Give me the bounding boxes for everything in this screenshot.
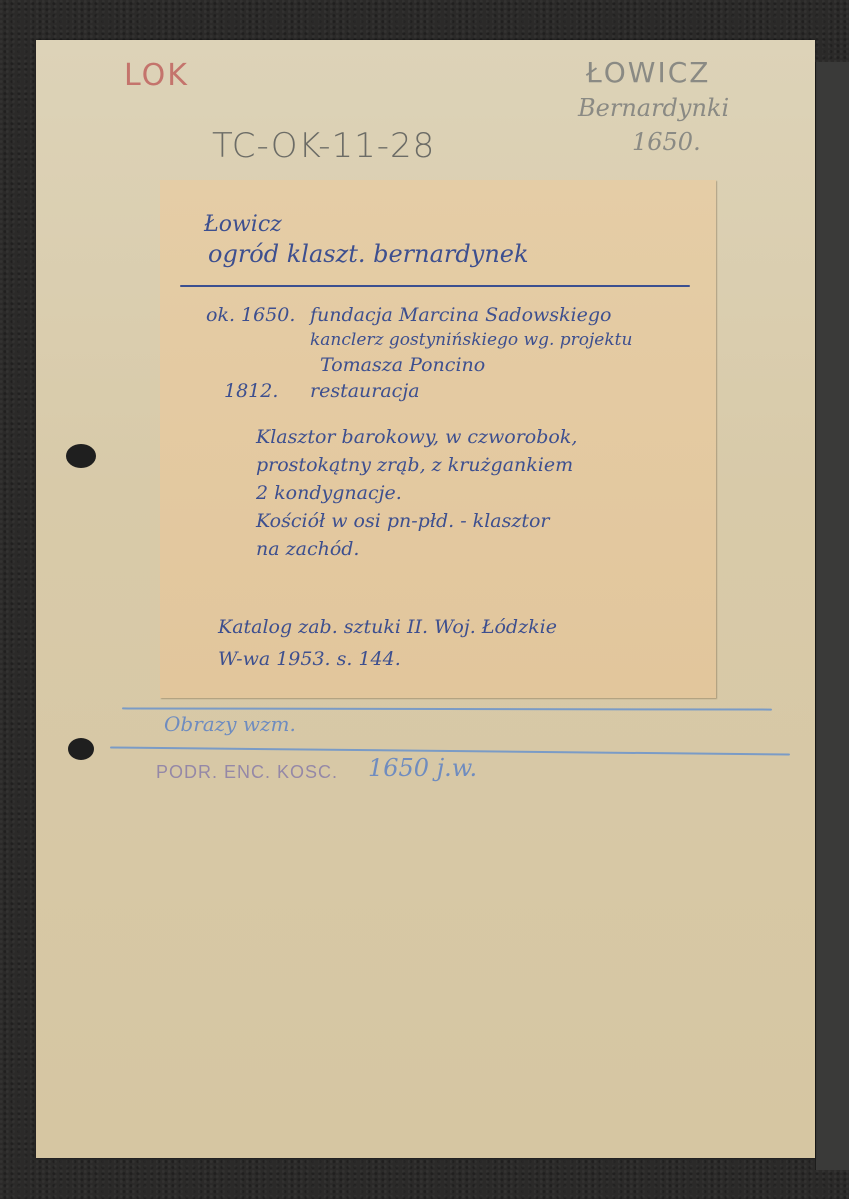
- description-line: prostokątny zrąb, z krużgankiem: [256, 454, 573, 476]
- background-strip: [815, 62, 849, 1170]
- location-city: ŁOWICZ: [586, 56, 710, 89]
- catalog-card: LOK TC-OK-11-28 ŁOWICZ Bernardynki 1650.…: [36, 40, 815, 1158]
- history-date: 1812.: [224, 380, 278, 402]
- rubber-stamp: PODR. ENC. KOSC.: [156, 762, 338, 783]
- history-text: fundacja Marcina Sadowskiego: [310, 304, 611, 326]
- punch-hole: [66, 444, 96, 468]
- note-title-city: Łowicz: [204, 212, 282, 237]
- description-line: Kościół w osi pn-płd. - klasztor: [256, 510, 550, 532]
- history-text: restauracja: [310, 380, 420, 402]
- handwritten-label: Obrazy wzm.: [164, 712, 296, 736]
- location-order: Bernardynki: [578, 94, 729, 122]
- note-title-subject: ogród klaszt. bernardynek: [208, 240, 529, 268]
- reference-line: Katalog zab. sztuki II. Woj. Łódzkie: [218, 616, 557, 638]
- description-line: 2 kondygnacje.: [256, 482, 402, 504]
- pasted-note: Łowicz ogród klaszt. bernardynek ok. 165…: [160, 180, 716, 698]
- punch-hole: [68, 738, 94, 760]
- catalog-code: TC-OK-11-28: [212, 126, 435, 166]
- stamp-annotation: 1650 j.w.: [368, 754, 477, 782]
- location-year: 1650.: [632, 128, 701, 156]
- corner-mark: LOK: [124, 58, 189, 93]
- description-line: Klasztor barokowy, w czworobok,: [256, 426, 577, 448]
- history-text: kanclerz gostynińskiego wg. projektu: [310, 330, 632, 350]
- reference-line: W-wa 1953. s. 144.: [218, 648, 401, 670]
- note-divider: [180, 285, 690, 287]
- history-text: Tomasza Poncino: [320, 354, 485, 376]
- description-line: na zachód.: [256, 538, 359, 560]
- ruled-line: [122, 707, 772, 710]
- history-date: ok. 1650.: [206, 304, 295, 326]
